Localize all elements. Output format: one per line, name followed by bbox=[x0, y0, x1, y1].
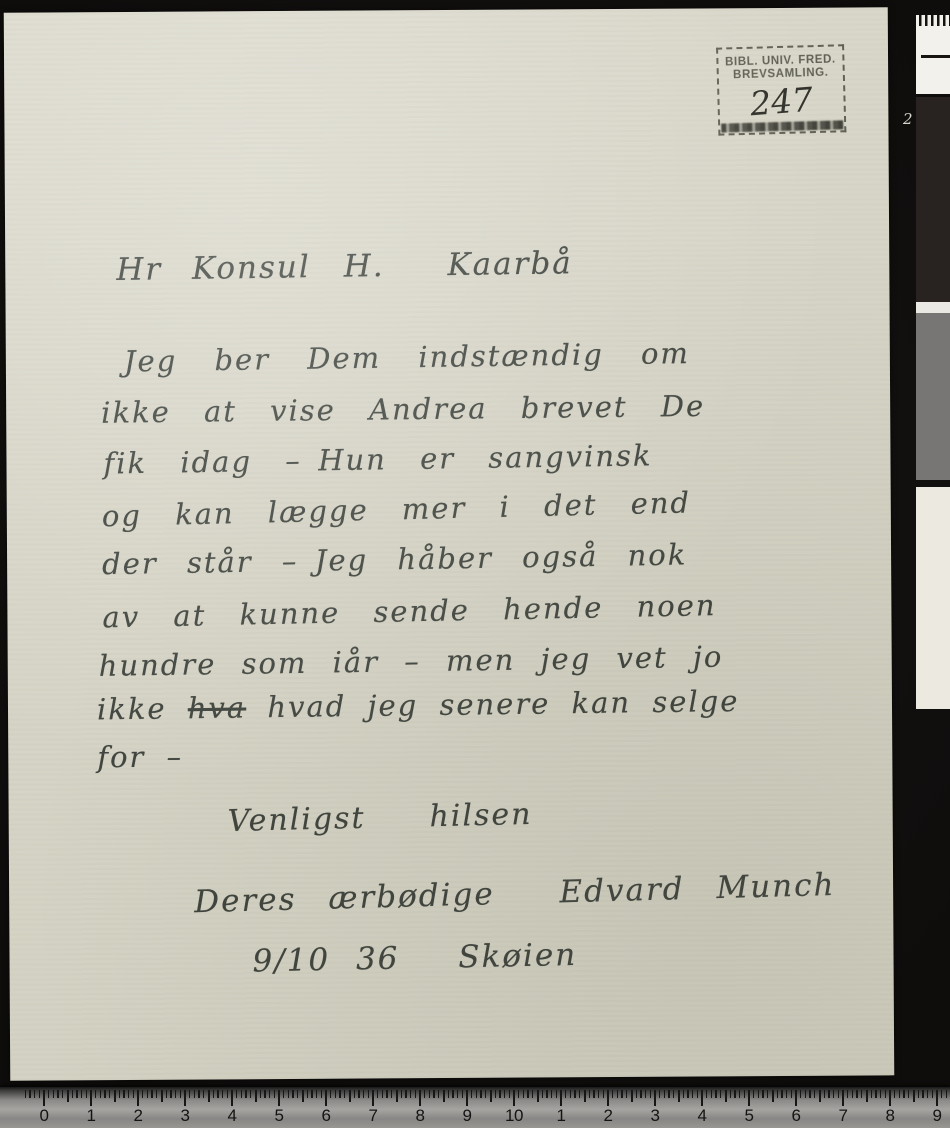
ruler-tick bbox=[603, 1090, 604, 1098]
ruler-tick bbox=[617, 1090, 618, 1098]
ruler-tick bbox=[123, 1090, 124, 1098]
ruler-tick bbox=[842, 1090, 844, 1106]
ruler-tick bbox=[612, 1090, 613, 1098]
ruler-number: 8 bbox=[416, 1106, 425, 1126]
ruler-tick bbox=[809, 1090, 810, 1098]
ruler-number: 0 bbox=[40, 1106, 49, 1126]
ruler-tick bbox=[607, 1090, 609, 1106]
ruler-number: 9 bbox=[933, 1106, 942, 1126]
ruler-tick bbox=[781, 1090, 782, 1098]
ruler-tick bbox=[25, 1090, 26, 1098]
ruler-tick bbox=[72, 1090, 73, 1098]
ruler-tick bbox=[114, 1090, 116, 1102]
handwriting-line: for – bbox=[97, 740, 183, 775]
ruler-tick bbox=[471, 1090, 472, 1098]
ruler-tick bbox=[344, 1090, 345, 1098]
handwriting-line: Hr Konsul H. Kaarbå bbox=[116, 245, 573, 288]
ruler-number: 6 bbox=[322, 1106, 331, 1126]
ruler-tick bbox=[119, 1090, 120, 1098]
ruler-tick bbox=[358, 1090, 359, 1098]
ruler-tick bbox=[523, 1090, 524, 1098]
ruler-tick bbox=[645, 1090, 646, 1098]
scan-background: BIBL. UNIV. FRED. BREVSAMLING. 247 Hr Ko… bbox=[0, 0, 950, 1128]
ruler-tick bbox=[236, 1090, 237, 1098]
centimeter-ruler: 012345678910123456789 bbox=[0, 1087, 950, 1128]
ruler-tick bbox=[908, 1090, 909, 1098]
ruler-number: 2 bbox=[604, 1106, 613, 1126]
ruler-tick bbox=[419, 1090, 421, 1106]
ruler-tick bbox=[29, 1090, 30, 1098]
ruler-tick bbox=[941, 1090, 942, 1098]
ruler-tick bbox=[269, 1090, 270, 1098]
ruler-number: 1 bbox=[557, 1106, 566, 1126]
ruler-tick bbox=[76, 1090, 77, 1098]
calibration-strip bbox=[916, 0, 950, 1128]
ruler-tick bbox=[208, 1090, 210, 1102]
ruler-tick bbox=[396, 1090, 398, 1102]
ruler-tick bbox=[777, 1090, 778, 1098]
ruler-tick bbox=[659, 1090, 660, 1098]
ruler-tick bbox=[621, 1090, 622, 1098]
ruler-tick bbox=[424, 1090, 425, 1098]
ruler-tick bbox=[227, 1090, 228, 1098]
letter-paper: BIBL. UNIV. FRED. BREVSAMLING. 247 Hr Ko… bbox=[4, 7, 895, 1080]
ruler-tick bbox=[626, 1090, 627, 1098]
ruler-tick bbox=[668, 1090, 669, 1098]
ruler-tick bbox=[137, 1090, 139, 1106]
ruler-tick bbox=[697, 1090, 698, 1098]
ruler-number: 9 bbox=[463, 1106, 472, 1126]
ruler-number: 10 bbox=[505, 1106, 523, 1126]
ruler-tick bbox=[762, 1090, 763, 1098]
offwhite-patch bbox=[916, 487, 950, 709]
ruler-tick bbox=[889, 1090, 891, 1106]
ruler-tick bbox=[490, 1090, 492, 1102]
ruler-tick bbox=[560, 1090, 562, 1106]
ruler-tick bbox=[654, 1090, 656, 1106]
ruler-tick bbox=[184, 1090, 186, 1106]
ruler-tick bbox=[739, 1090, 740, 1098]
ruler-tick bbox=[678, 1090, 680, 1102]
ruler-tick bbox=[795, 1090, 797, 1106]
ruler-tick bbox=[62, 1090, 63, 1098]
ruler-tick bbox=[918, 1090, 919, 1098]
ruler-tick bbox=[203, 1090, 204, 1098]
ruler-tick bbox=[161, 1090, 163, 1102]
ruler-tick bbox=[753, 1090, 754, 1098]
ruler-tick bbox=[532, 1090, 533, 1098]
ruler-tick bbox=[692, 1090, 693, 1098]
ruler-tick bbox=[90, 1090, 92, 1106]
ruler-tick bbox=[715, 1090, 716, 1098]
ruler-tick bbox=[368, 1090, 369, 1098]
ruler-tick bbox=[687, 1090, 688, 1098]
ruler-number: 2 bbox=[134, 1106, 143, 1126]
ruler-tick bbox=[871, 1090, 872, 1098]
ruler-tick bbox=[104, 1090, 105, 1098]
handwriting-line: fik idag – Hun er sangvinsk bbox=[103, 438, 652, 480]
ruler-tick bbox=[48, 1090, 49, 1098]
ruler-tick bbox=[875, 1090, 876, 1098]
ruler-number: 6 bbox=[792, 1106, 801, 1126]
ruler-tick bbox=[292, 1090, 293, 1098]
ruler-tick bbox=[354, 1090, 355, 1098]
ruler-tick bbox=[170, 1090, 171, 1098]
ruler-tick bbox=[495, 1090, 496, 1098]
ruler-number: 5 bbox=[745, 1106, 754, 1126]
ruler-tick bbox=[664, 1090, 665, 1098]
ruler-tick bbox=[95, 1090, 96, 1098]
ruler-tick bbox=[147, 1090, 148, 1098]
stamp-smudge bbox=[721, 120, 843, 132]
ruler-tick bbox=[433, 1090, 434, 1098]
ruler-tick bbox=[250, 1090, 251, 1098]
ruler-tick bbox=[551, 1090, 552, 1098]
ruler-tick bbox=[255, 1090, 257, 1102]
ruler-tick bbox=[43, 1090, 45, 1106]
ruler-tick bbox=[589, 1090, 590, 1098]
ruler-tick bbox=[283, 1090, 284, 1098]
ruler-tick bbox=[39, 1090, 40, 1098]
ruler-tick bbox=[584, 1090, 586, 1102]
ruler-tick bbox=[570, 1090, 571, 1098]
handwriting-line: Venligst hilsen bbox=[227, 797, 533, 839]
ruler-tick bbox=[537, 1090, 539, 1102]
ruler-tick bbox=[264, 1090, 265, 1098]
handwriting-block: Hr Konsul H. KaarbåJeg ber Dem indstændi… bbox=[4, 7, 888, 12]
ruler-tick bbox=[260, 1090, 261, 1098]
ruler-tick bbox=[443, 1090, 445, 1102]
ruler-tick bbox=[401, 1090, 402, 1098]
handwriting-line: 9/10 36 Skøien bbox=[252, 937, 577, 980]
ruler-tick bbox=[903, 1090, 904, 1098]
ruler-number: 4 bbox=[228, 1106, 237, 1126]
struck-word: hva bbox=[188, 690, 247, 725]
ruler-tick bbox=[650, 1090, 651, 1098]
ruler-tick bbox=[636, 1090, 637, 1098]
ruler-tick bbox=[377, 1090, 378, 1098]
ruler-tick bbox=[386, 1090, 387, 1098]
ruler-tick bbox=[316, 1090, 317, 1098]
handwriting-line: ikke hva hvad jeg senere kan selge bbox=[97, 684, 740, 726]
ruler-tick bbox=[598, 1090, 599, 1098]
margin-mark: 2 bbox=[903, 110, 913, 128]
ruler-tick bbox=[936, 1090, 938, 1106]
ruler-tick bbox=[180, 1090, 181, 1098]
ruler-tick bbox=[53, 1090, 54, 1098]
handwriting-line: der står – Jeg håber også nok bbox=[102, 537, 688, 581]
ruler-tick bbox=[509, 1090, 510, 1098]
ruler-tick bbox=[194, 1090, 195, 1098]
handwriting-line: Deres ærbødige Edvard Munch bbox=[194, 867, 836, 920]
ruler-number: 5 bbox=[275, 1106, 284, 1126]
ruler-tick bbox=[640, 1090, 641, 1098]
stamp-number: 247 bbox=[718, 77, 845, 126]
ruler-tick bbox=[198, 1090, 199, 1098]
ruler-tick bbox=[866, 1090, 868, 1102]
ruler-tick bbox=[485, 1090, 486, 1098]
ruler-tick bbox=[838, 1090, 839, 1098]
ruler-number: 4 bbox=[698, 1106, 707, 1126]
ruler-tick bbox=[321, 1090, 322, 1098]
ruler-number: 3 bbox=[181, 1106, 190, 1126]
ruler-tick bbox=[706, 1090, 707, 1098]
ruler-tick bbox=[274, 1090, 275, 1098]
ruler-tick bbox=[81, 1090, 82, 1098]
ruler-tick bbox=[391, 1090, 392, 1098]
ruler-tick bbox=[932, 1090, 933, 1098]
ruler-tick bbox=[593, 1090, 594, 1098]
handwriting-line: Jeg ber Dem indstændig om bbox=[124, 336, 691, 378]
ruler-tick bbox=[213, 1090, 214, 1098]
ruler-tick bbox=[894, 1090, 895, 1098]
ruler-tick bbox=[175, 1090, 176, 1098]
ruler-tick bbox=[457, 1090, 458, 1098]
ruler-number: 7 bbox=[839, 1106, 848, 1126]
ruler-tick bbox=[504, 1090, 505, 1098]
ruler-tick bbox=[833, 1090, 834, 1098]
ruler-tick bbox=[772, 1090, 774, 1102]
ruler-tick bbox=[100, 1090, 101, 1098]
ruler-tick bbox=[448, 1090, 449, 1098]
ruler-tick bbox=[405, 1090, 406, 1098]
ruler-tick bbox=[452, 1090, 453, 1098]
ruler-tick bbox=[231, 1090, 233, 1106]
dark-patch bbox=[916, 97, 950, 302]
ruler-tick bbox=[278, 1090, 280, 1106]
ruler-tick bbox=[372, 1090, 374, 1106]
ruler-tick bbox=[579, 1090, 580, 1098]
ruler-tick bbox=[415, 1090, 416, 1098]
ruler-tick bbox=[805, 1090, 806, 1098]
ruler-tick bbox=[819, 1090, 821, 1102]
ruler-tick bbox=[513, 1090, 515, 1106]
ruler-number: 3 bbox=[651, 1106, 660, 1126]
ruler-tick bbox=[946, 1090, 947, 1098]
library-stamp: BIBL. UNIV. FRED. BREVSAMLING. 247 bbox=[716, 44, 846, 135]
ruler-tick bbox=[701, 1090, 703, 1106]
ruler-tick bbox=[189, 1090, 190, 1098]
ruler-tick bbox=[288, 1090, 289, 1098]
tick-patch bbox=[916, 15, 950, 94]
ruler-number: 7 bbox=[369, 1106, 378, 1126]
ruler-tick bbox=[518, 1090, 519, 1098]
ruler-tick bbox=[734, 1090, 735, 1098]
ruler-tick bbox=[349, 1090, 351, 1102]
ruler-tick bbox=[222, 1090, 223, 1098]
ruler-tick bbox=[824, 1090, 825, 1098]
white-sliver bbox=[916, 302, 950, 313]
ruler-tick bbox=[730, 1090, 731, 1098]
ruler-tick bbox=[133, 1090, 134, 1098]
ruler-tick bbox=[814, 1090, 815, 1098]
ruler-tick bbox=[786, 1090, 787, 1098]
ruler-tick bbox=[556, 1090, 557, 1098]
ruler-tick bbox=[330, 1090, 331, 1098]
ruler-tick bbox=[927, 1090, 928, 1098]
ruler-tick bbox=[311, 1090, 312, 1098]
ruler-tick bbox=[673, 1090, 674, 1098]
ruler-tick bbox=[86, 1090, 87, 1098]
ruler-tick bbox=[109, 1090, 110, 1098]
tick-comb bbox=[919, 15, 950, 26]
ruler-tick bbox=[151, 1090, 152, 1098]
ruler-tick bbox=[922, 1090, 923, 1098]
ruler-tick bbox=[542, 1090, 543, 1098]
ruler-tick bbox=[410, 1090, 411, 1098]
ruler-tick bbox=[527, 1090, 528, 1098]
ruler-tick bbox=[307, 1090, 308, 1098]
handwriting-line: og kan lægge mer i det end bbox=[101, 485, 691, 533]
ruler-tick bbox=[476, 1090, 477, 1098]
ruler-tick bbox=[438, 1090, 439, 1098]
ruler-tick bbox=[748, 1090, 750, 1106]
ruler-tick bbox=[565, 1090, 566, 1098]
ruler-tick bbox=[339, 1090, 340, 1098]
ruler-tick bbox=[335, 1090, 336, 1098]
ruler-tick bbox=[758, 1090, 759, 1098]
ruler-tick bbox=[156, 1090, 157, 1098]
ruler-tick bbox=[429, 1090, 430, 1098]
ruler-tick bbox=[828, 1090, 829, 1098]
ruler-tick bbox=[847, 1090, 848, 1098]
scale-line bbox=[921, 55, 950, 58]
ruler-tick bbox=[913, 1090, 915, 1102]
ruler-tick bbox=[631, 1090, 633, 1102]
ruler-tick bbox=[34, 1090, 35, 1098]
ruler-tick bbox=[899, 1090, 900, 1098]
handwriting-line: av at kunne sende hende noen bbox=[102, 588, 717, 634]
ruler-tick bbox=[217, 1090, 218, 1098]
ruler-tick bbox=[880, 1090, 881, 1098]
ruler-tick bbox=[574, 1090, 575, 1098]
ruler-tick bbox=[725, 1090, 727, 1102]
ruler-tick bbox=[499, 1090, 500, 1098]
ruler-tick bbox=[480, 1090, 481, 1098]
ruler-tick bbox=[325, 1090, 327, 1106]
ruler-tick bbox=[166, 1090, 167, 1098]
ruler-tick bbox=[767, 1090, 768, 1098]
ruler-tick bbox=[791, 1090, 792, 1098]
ruler-tick bbox=[546, 1090, 547, 1098]
ruler-tick bbox=[128, 1090, 129, 1098]
ruler-tick bbox=[142, 1090, 143, 1098]
ruler-tick bbox=[861, 1090, 862, 1098]
ruler-tick bbox=[302, 1090, 304, 1102]
ruler-tick bbox=[466, 1090, 468, 1106]
ruler-tick bbox=[57, 1090, 58, 1098]
gray-patch bbox=[916, 313, 950, 480]
ruler-tick bbox=[382, 1090, 383, 1098]
ruler-tick bbox=[856, 1090, 857, 1098]
ruler-tick bbox=[67, 1090, 69, 1102]
ruler-tick bbox=[852, 1090, 853, 1098]
ruler-tick bbox=[720, 1090, 721, 1098]
ruler-tick bbox=[363, 1090, 364, 1098]
ruler-number: 8 bbox=[886, 1106, 895, 1126]
ruler-tick bbox=[462, 1090, 463, 1098]
ruler-tick bbox=[241, 1090, 242, 1098]
ruler-tick bbox=[885, 1090, 886, 1098]
ruler-number: 1 bbox=[87, 1106, 96, 1126]
ruler-tick bbox=[683, 1090, 684, 1098]
ruler-tick bbox=[711, 1090, 712, 1098]
ruler-tick bbox=[245, 1090, 246, 1098]
ruler-tick bbox=[297, 1090, 298, 1098]
handwriting-line: hundre som iår – men jeg vet jo bbox=[98, 640, 723, 683]
ruler-tick bbox=[744, 1090, 745, 1098]
ruler-tick bbox=[800, 1090, 801, 1098]
handwriting-line: ikke at vise Andrea brevet De bbox=[101, 389, 705, 430]
